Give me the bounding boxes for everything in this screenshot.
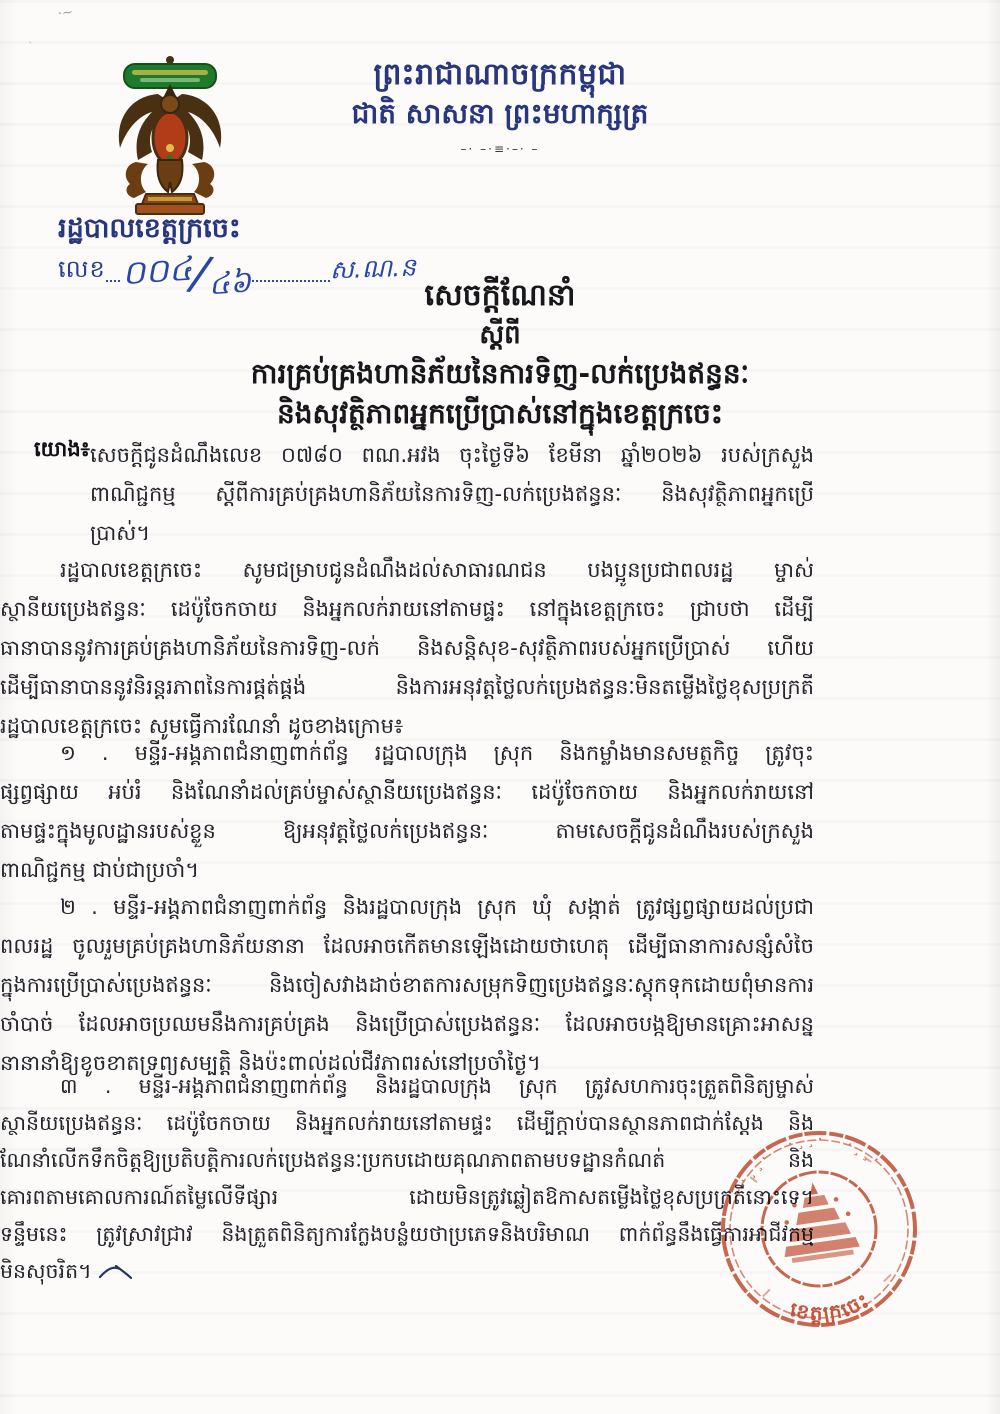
stamp-inner-emblem — [775, 1177, 861, 1264]
body-line: រដ្ឋបាលខេត្តក្រចេះ សូមជម្រាបជូនដំណឹងដល់ស… — [0, 551, 814, 590]
body-line: សេចក្តីជូនដំណឹងលេខ ០៧៨០ ពណ.អវង ចុះថ្ងៃទី… — [0, 436, 814, 475]
reference-label: យោង៖ — [34, 436, 90, 467]
body-line: ផ្សព្វផ្សាយ អប់រំ និងណែនាំដល់គ្រប់ម្ចាស់… — [0, 773, 814, 812]
body-line: តាមផ្ទះក្នុងមូលដ្ឋានរបស់ខ្លួន ឱ្យអនុវត្ត… — [0, 812, 814, 851]
body-line: ២ . មន្ទីរ-អង្គភាពជំនាញពាក់ព័ន្ធ និងរដ្ឋ… — [0, 888, 814, 927]
body-line: ១ . មន្ទីរ-អង្គភាពជំនាញពាក់ព័ន្ធ រដ្ឋបាល… — [0, 734, 814, 773]
title-block: សេចក្តីណែនាំ ស្តីពី ការគ្រប់គ្រងហានិភ័យន… — [0, 276, 1000, 434]
intro-paragraph: រដ្ឋបាលខេត្តក្រចេះ សូមជម្រាបជូនដំណឹងដល់ស… — [0, 551, 814, 746]
scanned-document-page: ·~ ` ព្រះរាជាណាចក្រកម្ពុជា ជាតិ សាសនា ព្… — [0, 0, 1000, 1414]
body-line: ក្នុងការប្រើប្រាស់ប្រេងឥន្ធនៈ និងចៀសវាងដ… — [0, 966, 814, 1005]
scan-artifact: ·~ — [57, 5, 74, 22]
body-line: ចាំបាច់ ដែលអាចប្រឈមនឹងការគ្រប់គ្រង និងប្… — [0, 1005, 814, 1044]
body-line: ៣ . មន្ទីរ-អង្គភាពជំនាញពាក់ព័ន្ធ និងរដ្ឋ… — [0, 1068, 814, 1105]
body-line: ប្រាស់។ — [0, 514, 814, 553]
kingdom-motto-line2: ជាតិ សាសនា ព្រះមហាក្សត្រ — [0, 95, 1000, 133]
body-line: ពលរដ្ឋ ចូលរួមគ្រប់គ្រងហានិភ័យនានា ដែលអាច… — [0, 927, 814, 966]
body-line: ដើម្បីធានាបាននូវនិរន្តរភាពនៃការផ្គត់ផ្គង… — [0, 668, 814, 707]
point-1-paragraph: ១ . មន្ទីរ-អង្គភាពជំនាញពាក់ព័ន្ធ រដ្ឋបាល… — [0, 734, 814, 890]
title-about: ស្តីពី — [0, 316, 1000, 354]
body-line-text: មិនសុចរិត។ — [0, 1259, 92, 1283]
reference-paragraph: យោង៖ សេចក្តីជូនដំណឹងលេខ ០៧៨០ ពណ.អវង ចុះថ… — [0, 436, 814, 553]
official-red-stamp: ·¸¸·˙˙·¸¸·˙˙·¸¸· ខេត្តក្រចេះ — [671, 1081, 967, 1377]
body-line: ពាណិជ្ជកម្ម ជាប់ជាប្រចាំ។ — [0, 851, 814, 890]
header-ornament: –· –·≡·–· – — [0, 142, 1000, 156]
issuer-name: រដ្ឋបាលខេត្តក្រចេះ — [58, 212, 416, 246]
kingdom-motto-line1: ព្រះរាជាណាចក្រកម្ពុជា — [0, 55, 1000, 95]
body-line: ស្ថានីយប្រេងឥន្ធនៈ ដេប៉ូចែកចាយ និងអ្នកលក… — [0, 590, 814, 629]
scan-artifact: ` — [28, 40, 34, 53]
kingdom-header: ព្រះរាជាណាចក្រកម្ពុជា ជាតិ សាសនា ព្រះមហា… — [0, 55, 1000, 133]
handwritten-initial-mark-icon — [98, 1264, 132, 1280]
title-subject-line1: ការគ្រប់គ្រងហានិភ័យនៃការទិញ-លក់ប្រេងឥន្ធ… — [0, 354, 1000, 394]
point-2-paragraph: ២ . មន្ទីរ-អង្គភាពជំនាញពាក់ព័ន្ធ និងរដ្ឋ… — [0, 888, 814, 1083]
body-line: ពាណិជ្ជកម្ម ស្តីពីការគ្រប់គ្រងហានិភ័យនៃក… — [0, 475, 814, 514]
title-subject-line2: និងសុវត្ថិភាពអ្នកប្រើប្រាស់នៅក្នុងខេត្តក… — [0, 394, 1000, 434]
body-line: ធានាបាននូវការគ្រប់គ្រងហានិភ័យនៃការទិញ-លក… — [0, 629, 814, 668]
document-title: សេចក្តីណែនាំ — [0, 276, 1000, 316]
